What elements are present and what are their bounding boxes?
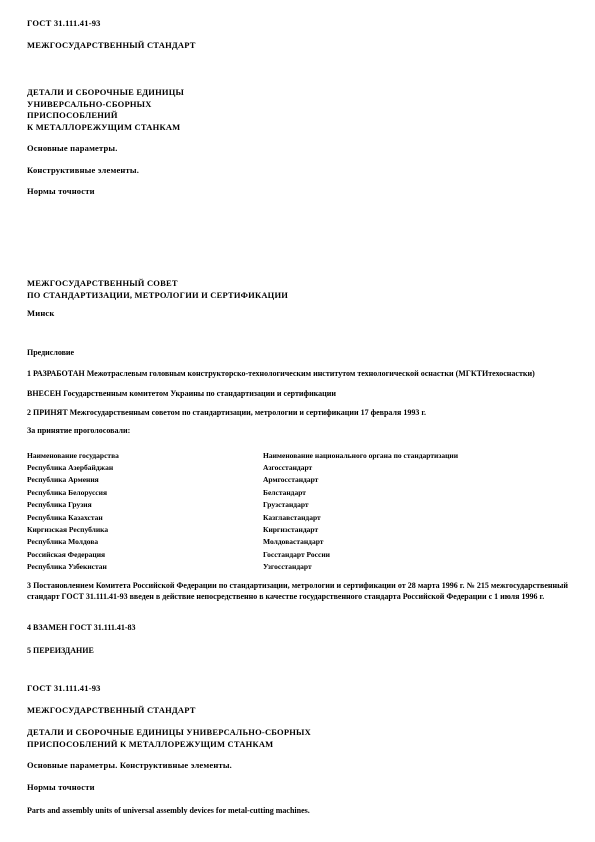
- vote-table-header: Наименование государства Наименование на…: [27, 450, 568, 462]
- vote-body: Грузстандарт: [263, 499, 568, 511]
- vote-body: Казглавстандарт: [263, 512, 568, 524]
- foreword-heading: Предисловие: [27, 347, 74, 358]
- title-block: ДЕТАЛИ И СБОРОЧНЫЕ ЕДИНИЦЫ УНИВЕРСАЛЬНО-…: [27, 87, 184, 133]
- vote-state: Республика Молдова: [27, 536, 263, 548]
- standard-type-top: МЕЖГОСУДАРСТВЕННЫЙ СТАНДАРТ: [27, 40, 196, 52]
- vote-body: Госстандарт России: [263, 549, 568, 561]
- vote-row: Республика Грузия Грузстандарт: [27, 499, 568, 511]
- vote-row: Республика Белоруссия Белстандарт: [27, 487, 568, 499]
- vote-body: Азгосстандарт: [263, 462, 568, 474]
- foreword-item-1b: ВНЕСЕН Государственным комитетом Украины…: [27, 388, 336, 399]
- standard-type-bottom: МЕЖГОСУДАРСТВЕННЫЙ СТАНДАРТ: [27, 705, 196, 717]
- title-bottom-line-2: ПРИСПОСОБЛЕНИЙ К МЕТАЛЛОРЕЖУЩИМ СТАНКАМ: [27, 739, 311, 751]
- foreword-item-5: 5 ПЕРЕИЗДАНИЕ: [27, 645, 94, 656]
- vote-row: Республика Армения Армгосстандарт: [27, 474, 568, 486]
- title-block-bottom: ДЕТАЛИ И СБОРОЧНЫЕ ЕДИНИЦЫ УНИВЕРСАЛЬНО-…: [27, 727, 311, 750]
- subtitle-bottom-1: Основные параметры. Конструктивные элеме…: [27, 760, 232, 772]
- vote-state: Республика Белоруссия: [27, 487, 263, 499]
- title-line-2: УНИВЕРСАЛЬНО-СБОРНЫХ: [27, 99, 184, 111]
- vote-state: Республика Казахстан: [27, 512, 263, 524]
- vote-row: Киргизская Республика Киргизстандарт: [27, 524, 568, 536]
- title-bottom-line-1: ДЕТАЛИ И СБОРОЧНЫЕ ЕДИНИЦЫ УНИВЕРСАЛЬНО-…: [27, 727, 311, 739]
- vote-body: Узгосстандарт: [263, 561, 568, 573]
- vote-row: Республика Узбекистан Узгосстандарт: [27, 561, 568, 573]
- title-line-1: ДЕТАЛИ И СБОРОЧНЫЕ ЕДИНИЦЫ: [27, 87, 184, 99]
- title-line-4: К МЕТАЛЛОРЕЖУЩИМ СТАНКАМ: [27, 122, 184, 134]
- vote-body: Киргизстандарт: [263, 524, 568, 536]
- vote-row: Российская Федерация Госстандарт России: [27, 549, 568, 561]
- vote-body: Армгосстандарт: [263, 474, 568, 486]
- vote-intro: За принятие проголосовали:: [27, 425, 130, 436]
- vote-row: Республика Азербайджан Азгосстандарт: [27, 462, 568, 474]
- council-line-2: ПО СТАНДАРТИЗАЦИИ, МЕТРОЛОГИИ И СЕРТИФИК…: [27, 290, 288, 302]
- council-block: МЕЖГОСУДАРСТВЕННЫЙ СОВЕТ ПО СТАНДАРТИЗАЦ…: [27, 278, 288, 301]
- doc-number-bottom: ГОСТ 31.111.41-93: [27, 683, 101, 695]
- vote-state: Киргизская Республика: [27, 524, 263, 536]
- vote-body: Белстандарт: [263, 487, 568, 499]
- doc-number-top: ГОСТ 31.111.41-93: [27, 18, 101, 30]
- vote-col1-header: Наименование государства: [27, 450, 263, 462]
- vote-state: Республика Армения: [27, 474, 263, 486]
- vote-table: Наименование государства Наименование на…: [27, 450, 568, 574]
- foreword-item-2: 2 ПРИНЯТ Межгосударственным советом по с…: [27, 407, 426, 418]
- title-english: Parts and assembly units of universal as…: [27, 805, 310, 816]
- vote-col2-header: Наименование национального органа по ста…: [263, 450, 568, 462]
- vote-state: Республика Грузия: [27, 499, 263, 511]
- vote-state: Российская Федерация: [27, 549, 263, 561]
- city-label: Минск: [27, 308, 55, 320]
- vote-body: Молдовастандарт: [263, 536, 568, 548]
- title-line-3: ПРИСПОСОБЛЕНИЙ: [27, 110, 184, 122]
- foreword-item-3: 3 Постановлением Комитета Российской Фед…: [27, 580, 568, 602]
- subtitle-bottom-2: Нормы точности: [27, 782, 95, 794]
- document-page: { "page": { "doc_number_top": "ГОСТ 31.1…: [0, 0, 595, 842]
- subtitle-elements: Конструктивные элементы.: [27, 165, 139, 177]
- subtitle-accuracy: Нормы точности: [27, 186, 95, 198]
- vote-state: Республика Азербайджан: [27, 462, 263, 474]
- subtitle-parameters: Основные параметры.: [27, 143, 118, 155]
- foreword-item-4: 4 ВЗАМЕН ГОСТ 31.111.41-83: [27, 622, 136, 633]
- foreword-item-1: 1 РАЗРАБОТАН Межотраслевым головным конс…: [27, 368, 535, 379]
- vote-row: Республика Казахстан Казглавстандарт: [27, 512, 568, 524]
- vote-state: Республика Узбекистан: [27, 561, 263, 573]
- vote-row: Республика Молдова Молдовастандарт: [27, 536, 568, 548]
- council-line-1: МЕЖГОСУДАРСТВЕННЫЙ СОВЕТ: [27, 278, 288, 290]
